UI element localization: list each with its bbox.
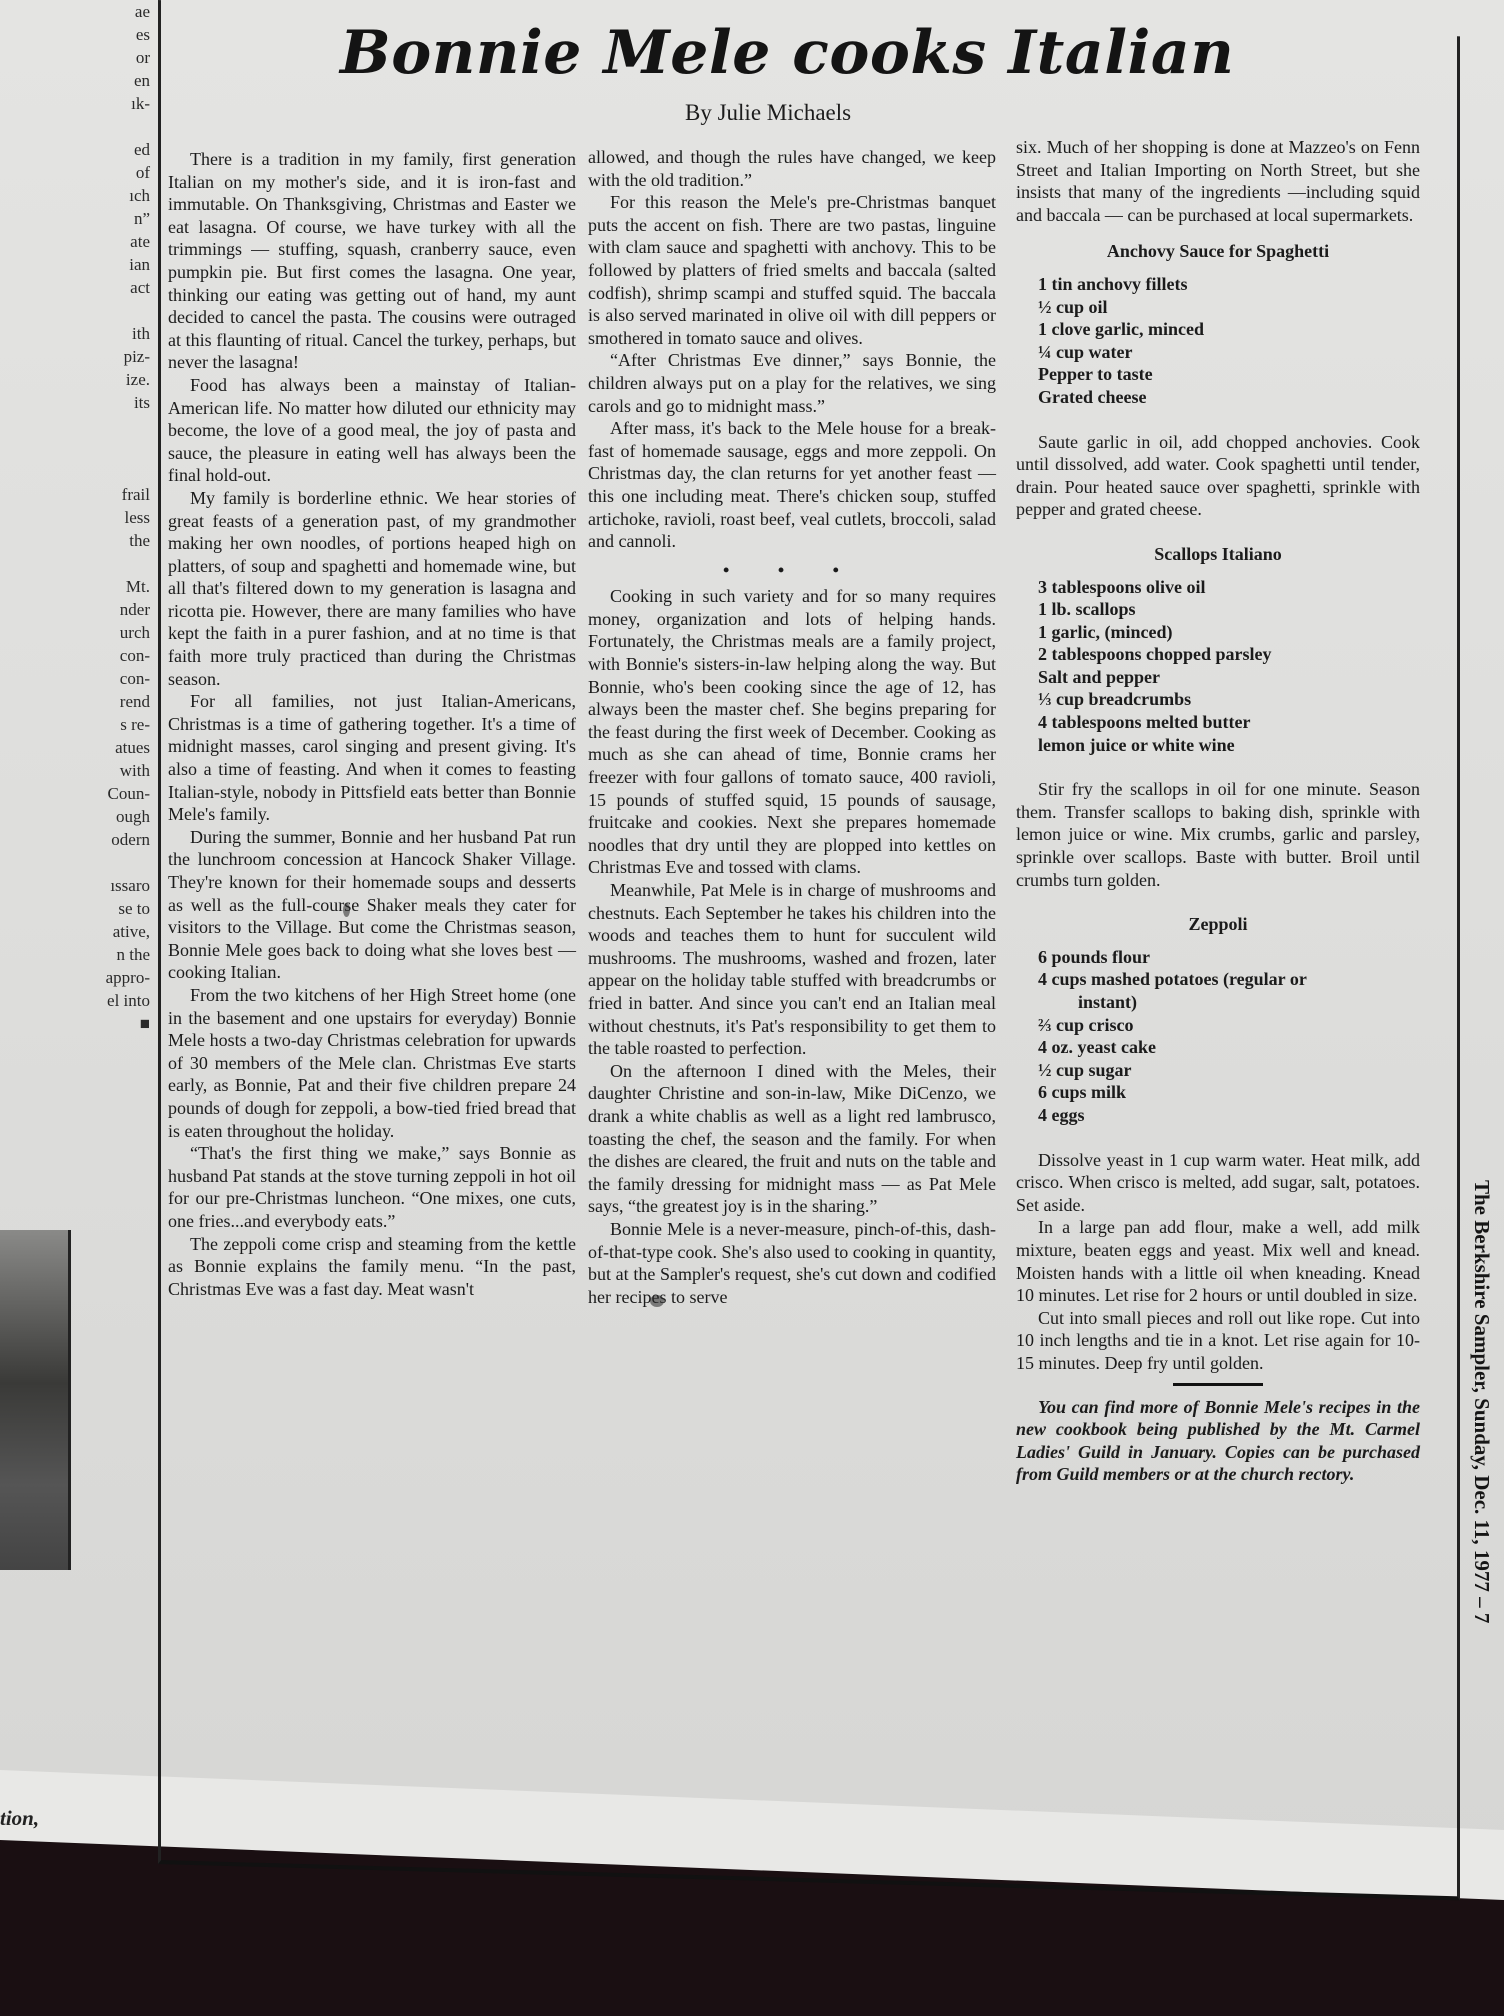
ingredient: ½ cup oil xyxy=(1038,296,1420,319)
paragraph: six. Much of her shopping is done at Maz… xyxy=(1016,136,1420,226)
article-column-2: allowed, and though the rules have chang… xyxy=(588,146,996,1308)
paragraph: During the summer, Bonnie and her husban… xyxy=(168,826,576,984)
ingredient: 3 tablespoons olive oil xyxy=(1038,576,1420,599)
paragraph: The zeppoli come crisp and steaming from… xyxy=(168,1233,576,1301)
ingredient: 1 lb. scallops xyxy=(1038,598,1420,621)
paragraph: “After Christmas Eve dinner,” says Bonni… xyxy=(588,349,996,417)
paragraph: Cooking in such variety and for so many … xyxy=(588,585,996,879)
recipe-title: Scallops Italiano xyxy=(1016,543,1420,566)
recipe-directions: Cut into small pieces and roll out like … xyxy=(1016,1307,1420,1375)
ingredient: 4 cups mashed potatoes (regular or xyxy=(1038,968,1420,991)
ingredient: 1 clove garlic, minced xyxy=(1038,318,1420,341)
adjacent-photo xyxy=(0,1230,71,1570)
byline: By Julie Michaels xyxy=(685,100,851,126)
recipe-directions: Dissolve yeast in 1 cup warm water. Heat… xyxy=(1016,1149,1420,1217)
headline: Bonnie Mele cooks Italian xyxy=(340,18,1234,88)
recipe-scallops-italiano: Scallops Italiano 3 tablespoons olive oi… xyxy=(1016,543,1420,891)
recipe-directions: Saute garlic in oil, add chopped anchovi… xyxy=(1016,431,1420,521)
paragraph: allowed, and though the rules have chang… xyxy=(588,146,996,191)
publication-credit: The Berkshire Sampler, Sunday, Dec. 11, … xyxy=(1462,1180,1494,1880)
adjacent-column-text: ae es or en ık- ed of ıch n” ate ian act… xyxy=(106,0,150,1035)
ingredient-list: 1 tin anchovy fillets ½ cup oil 1 clove … xyxy=(1038,273,1420,409)
ingredient: 4 oz. yeast cake xyxy=(1038,1036,1420,1059)
ingredient: lemon juice or white wine xyxy=(1038,734,1420,757)
recipe-title: Zeppoli xyxy=(1016,913,1420,936)
ingredient: Pepper to taste xyxy=(1038,363,1420,386)
paragraph: After mass, it's back to the Mele house … xyxy=(588,417,996,553)
ingredient: 4 tablespoons melted butter xyxy=(1038,711,1420,734)
paragraph: Food has always been a mainstay of Itali… xyxy=(168,374,576,487)
adjacent-photo-caption: tion, xyxy=(0,1806,39,1831)
paragraph: Meanwhile, Pat Mele is in charge of mush… xyxy=(588,879,996,1060)
section-break: • • • xyxy=(588,559,996,582)
paragraph: On the afternoon I dined with the Meles,… xyxy=(588,1060,996,1218)
recipe-zeppoli: Zeppoli 6 pounds flour 4 cups mashed pot… xyxy=(1016,913,1420,1374)
ingredient: 6 pounds flour xyxy=(1038,946,1420,969)
ingredient: 6 cups milk xyxy=(1038,1081,1420,1104)
ingredient: ½ cup sugar xyxy=(1038,1059,1420,1082)
paragraph: Bonnie Mele is a never-measure, pinch-of… xyxy=(588,1218,996,1308)
recipe-directions: Stir fry the scallops in oil for one min… xyxy=(1016,778,1420,891)
article-column-1: There is a tradition in my family, first… xyxy=(168,148,576,1300)
ingredient: 1 garlic, (minced) xyxy=(1038,621,1420,644)
ingredient: 2 tablespoons chopped parsley xyxy=(1038,643,1420,666)
ingredient: Salt and pepper xyxy=(1038,666,1420,689)
paragraph: From the two kitchens of her High Street… xyxy=(168,984,576,1142)
ingredient-list: 3 tablespoons olive oil 1 lb. scallops 1… xyxy=(1038,576,1420,757)
paragraph: There is a tradition in my family, first… xyxy=(168,148,576,374)
ink-smudge xyxy=(650,1295,664,1307)
ingredient: 1 tin anchovy fillets xyxy=(1038,273,1420,296)
ingredient: ⅓ cup breadcrumbs xyxy=(1038,688,1420,711)
divider-rule xyxy=(1173,1383,1263,1386)
ink-smudge xyxy=(343,903,350,917)
paragraph: For this reason the Mele's pre-Christmas… xyxy=(588,191,996,349)
ingredient: ⅔ cup crisco xyxy=(1038,1014,1420,1037)
paragraph: “That's the first thing we make,” says B… xyxy=(168,1142,576,1232)
paragraph: For all families, not just Italian-Ameri… xyxy=(168,690,576,826)
ingredient: Grated cheese xyxy=(1038,386,1420,409)
article-column-3: six. Much of her shopping is done at Maz… xyxy=(1016,136,1420,1486)
ingredient: 4 eggs xyxy=(1038,1104,1420,1127)
ingredient: instant) xyxy=(1038,991,1420,1014)
recipe-title: Anchovy Sauce for Spaghetti xyxy=(1016,240,1420,263)
paragraph: My family is borderline ethnic. We hear … xyxy=(168,487,576,690)
recipe-anchovy-sauce: Anchovy Sauce for Spaghetti 1 tin anchov… xyxy=(1016,240,1420,521)
closing-note: You can find more of Bonnie Mele's recip… xyxy=(1016,1396,1420,1486)
ingredient: ¼ cup water xyxy=(1038,341,1420,364)
recipe-directions: In a large pan add flour, make a well, a… xyxy=(1016,1216,1420,1306)
ingredient-list: 6 pounds flour 4 cups mashed potatoes (r… xyxy=(1038,946,1420,1127)
